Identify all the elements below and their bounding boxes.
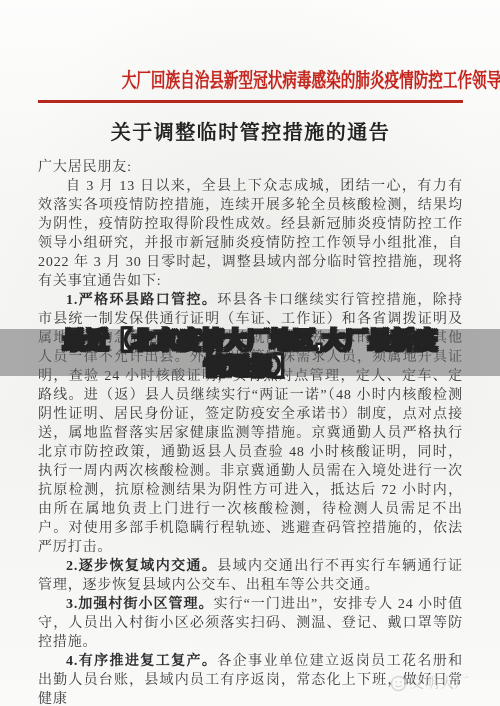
paragraph-item-3: 3.加强村街小区管理。实行“一门进出”，安排专人 24 小时值守，人员出入村街小…	[38, 595, 463, 652]
watermark-label: 文明大厂	[410, 673, 470, 693]
paragraph-intro: 自 3 月 13 日以来，全县上下众志成城，团结一心，有力有效落实各项疫情防控措…	[38, 177, 463, 291]
paragraph-item-3-heading: 3.加强村街小区管理。	[66, 597, 214, 612]
notice-body: 广大居民朋友: 自 3 月 13 日以来，全县上下众志成城，团结一心，有力有效落…	[38, 158, 463, 706]
red-divider-line	[38, 100, 463, 103]
issuing-office-banner: 大厂回族自治县新型冠状病毒感染的肺炎疫情防控工作领导小组办公室	[122, 64, 500, 93]
paragraph-item-4-heading: 4.有序推进复工复产。	[66, 654, 217, 669]
smiley-logo-icon	[390, 675, 407, 692]
caption-overlay: 最近【北京疫情大厂地区,大厂最新疫 情通报】	[0, 327, 500, 379]
paragraph-item-2-heading: 2.逐步恢复域内交通。	[66, 559, 217, 574]
caption-line-1: 最近【北京疫情大厂地区,大厂最新疫	[0, 327, 500, 353]
paragraph-intro-text: 自 3 月 13 日以来，全县上下众志成城，团结一心，有力有效落实各项疫情防控措…	[38, 179, 463, 289]
paragraph-item-2: 2.逐步恢复域内交通。县域内交通出行不再实行车辆通行证管理，逐步恢复县域内公交车…	[38, 557, 463, 595]
notice-title: 关于调整临时管控措施的通告	[38, 116, 463, 145]
watermark: 文明大厂	[390, 673, 470, 693]
banner-row: 大厂回族自治县新型冠状病毒感染的肺炎疫情防控工作领导小组办公室	[38, 64, 463, 93]
notice-photo: 大厂回族自治县新型冠状病毒感染的肺炎疫情防控工作领导小组办公室 关于调整临时管控…	[0, 0, 500, 706]
salutation: 广大居民朋友:	[38, 158, 463, 177]
caption-line-2: 情通报】	[0, 353, 500, 379]
paragraph-item-1-heading: 1.严格环县路口管控。	[66, 293, 217, 308]
